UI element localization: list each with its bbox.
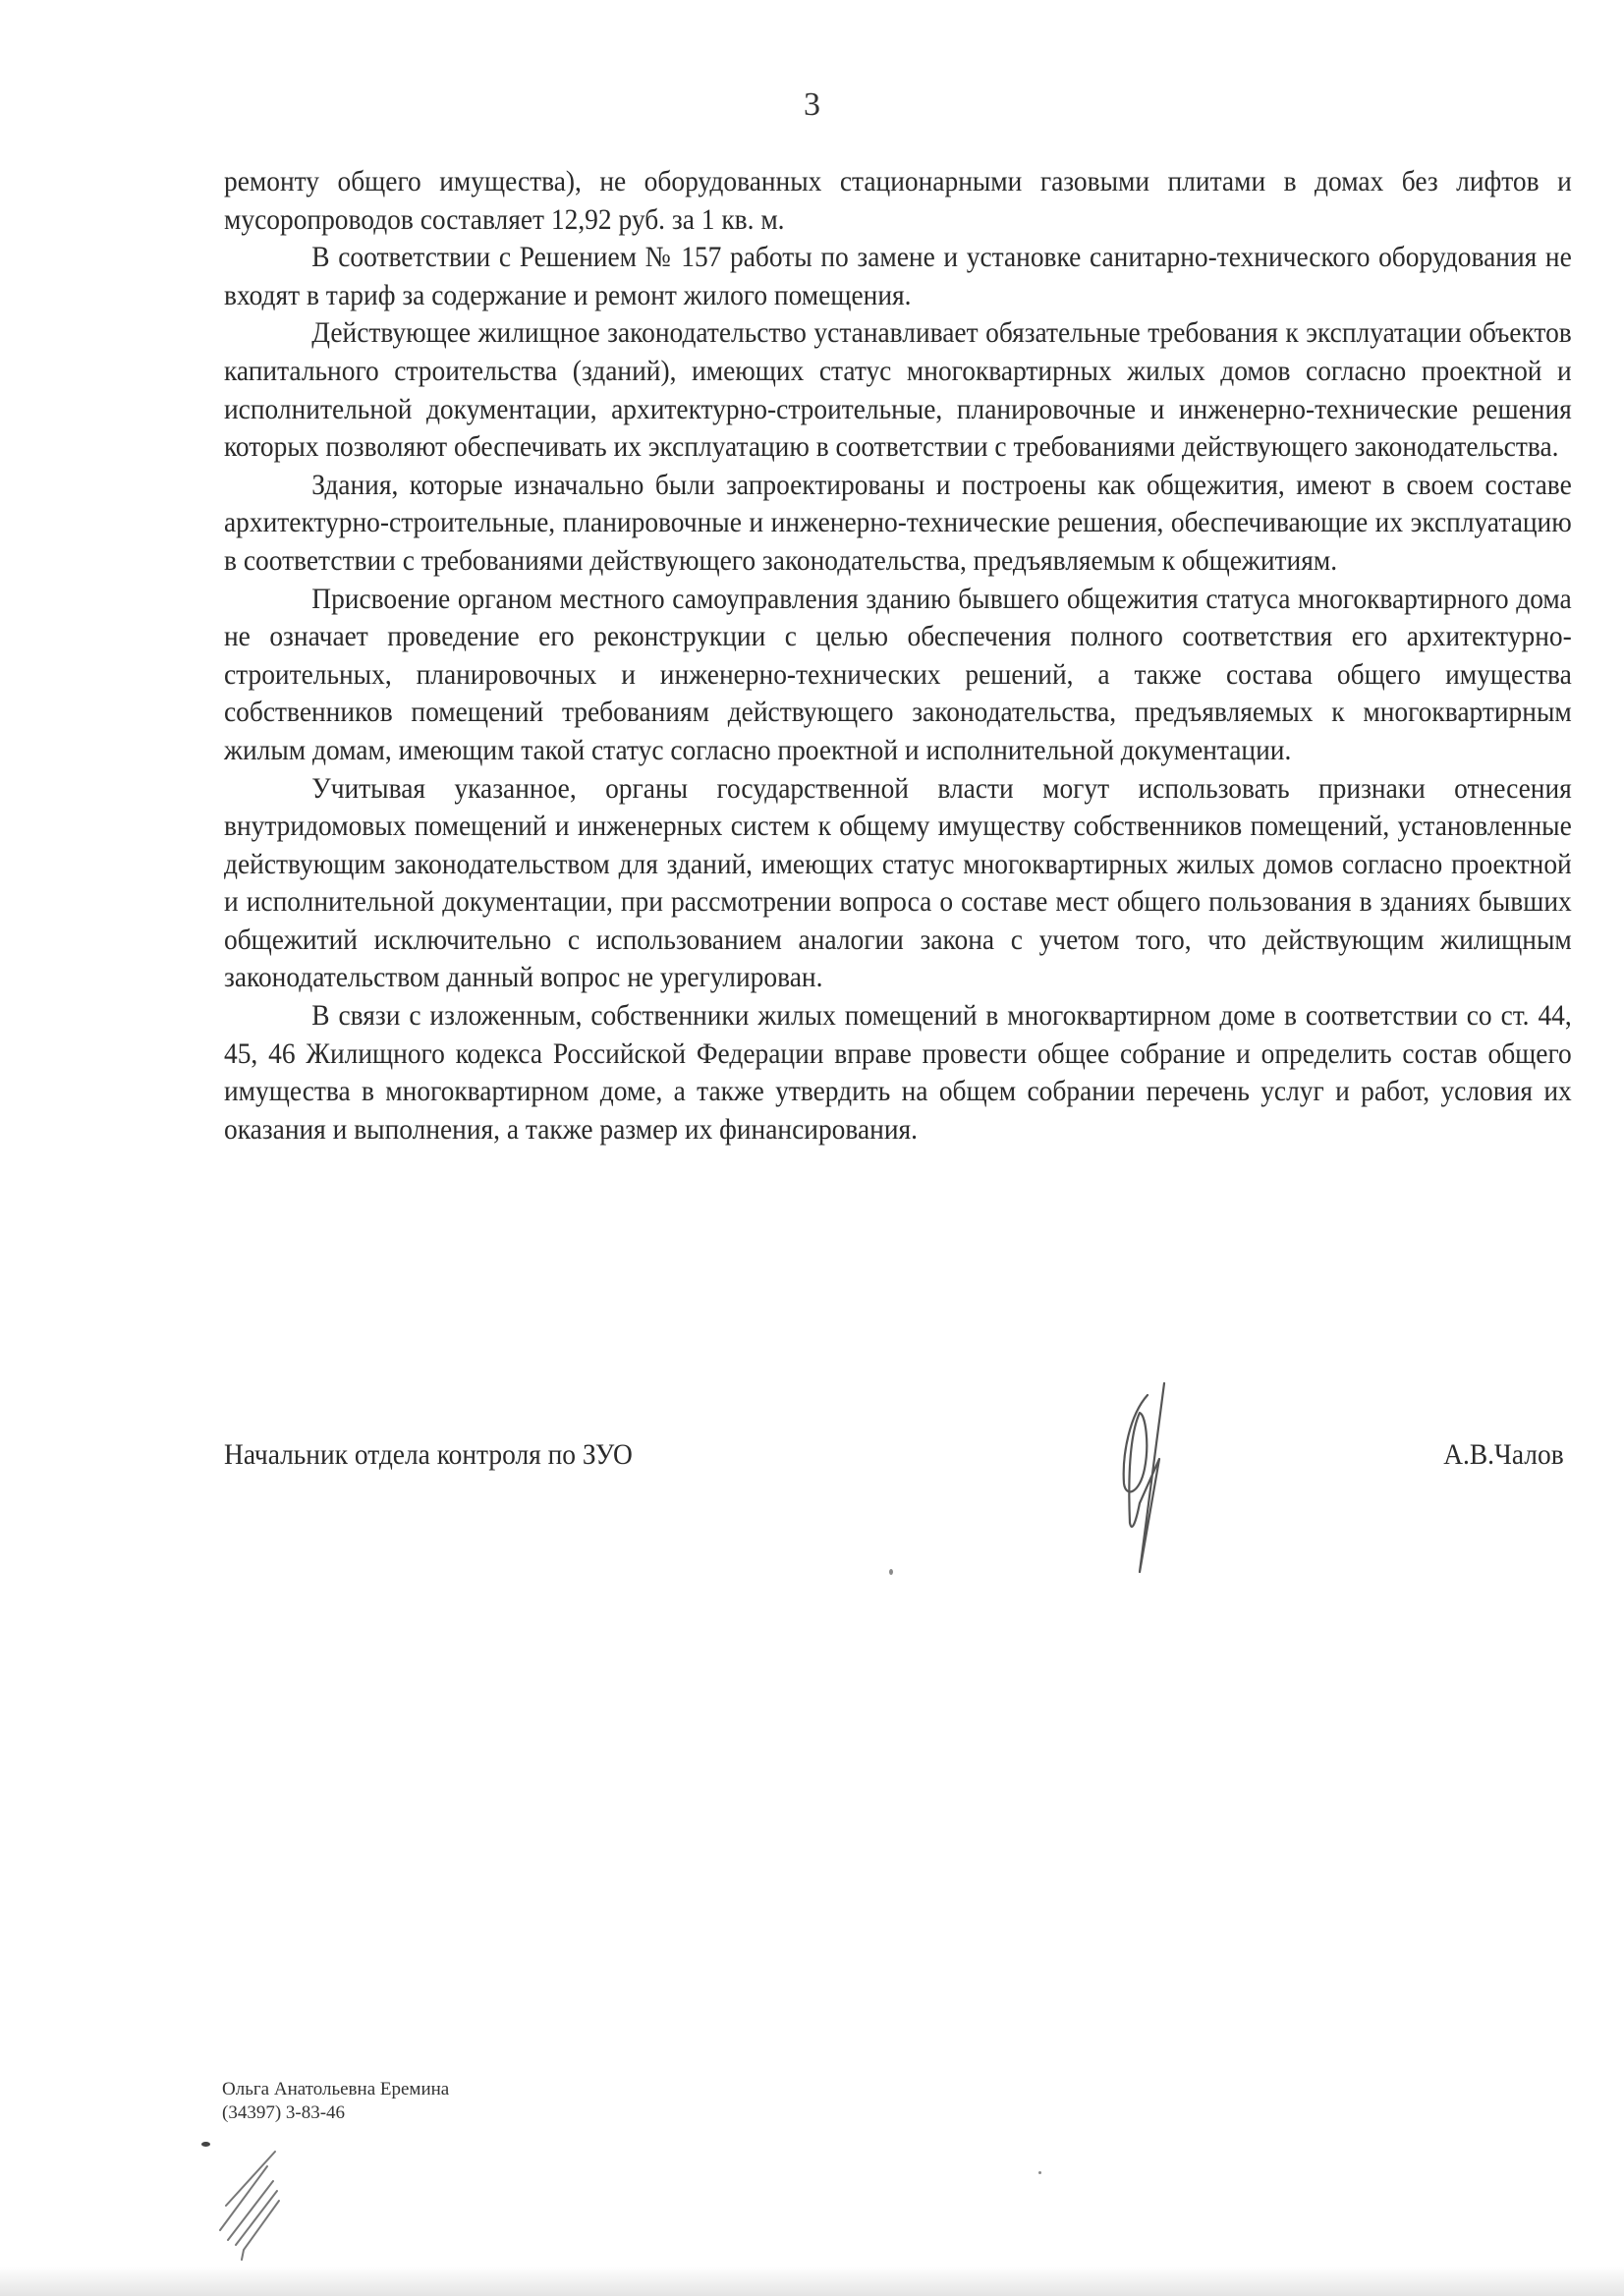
scan-edge-shadow [0,2267,1624,2296]
paragraph-continuation: ремонту общего имущества), не оборудован… [224,163,1572,239]
executor-phone: (34397) 3-83-46 [222,2101,449,2125]
paragraph: В связи с изложенным, собственники жилых… [224,997,1572,1148]
executor-name: Ольга Анатольевна Еремина [222,2078,449,2101]
paragraph: Присвоение органом местного самоуправлен… [224,581,1572,770]
page-number: 3 [0,86,1624,124]
paragraph: В соответствии с Решением № 157 работы п… [224,239,1572,314]
paragraph: Действующее жилищное законодательство ус… [224,314,1572,466]
signer-name: А.В.Чалов [1444,1439,1564,1472]
scan-speck [889,1569,893,1575]
executor-info: Ольга Анатольевна Еремина (34397) 3-83-4… [222,2078,449,2125]
paragraph: Учитывая указанное, органы государственн… [224,770,1572,998]
paragraph: Здания, которые изначально были запроект… [224,467,1572,581]
scan-speck [1038,2171,1041,2174]
letter-body: ремонту общего имущества), не оборудован… [224,163,1572,1148]
handwritten-initials-icon [206,2147,305,2265]
handwritten-signature-icon [1100,1375,1189,1582]
signer-position: Начальник отдела контроля по ЗУО [224,1439,633,1472]
scan-speck [201,2142,210,2147]
